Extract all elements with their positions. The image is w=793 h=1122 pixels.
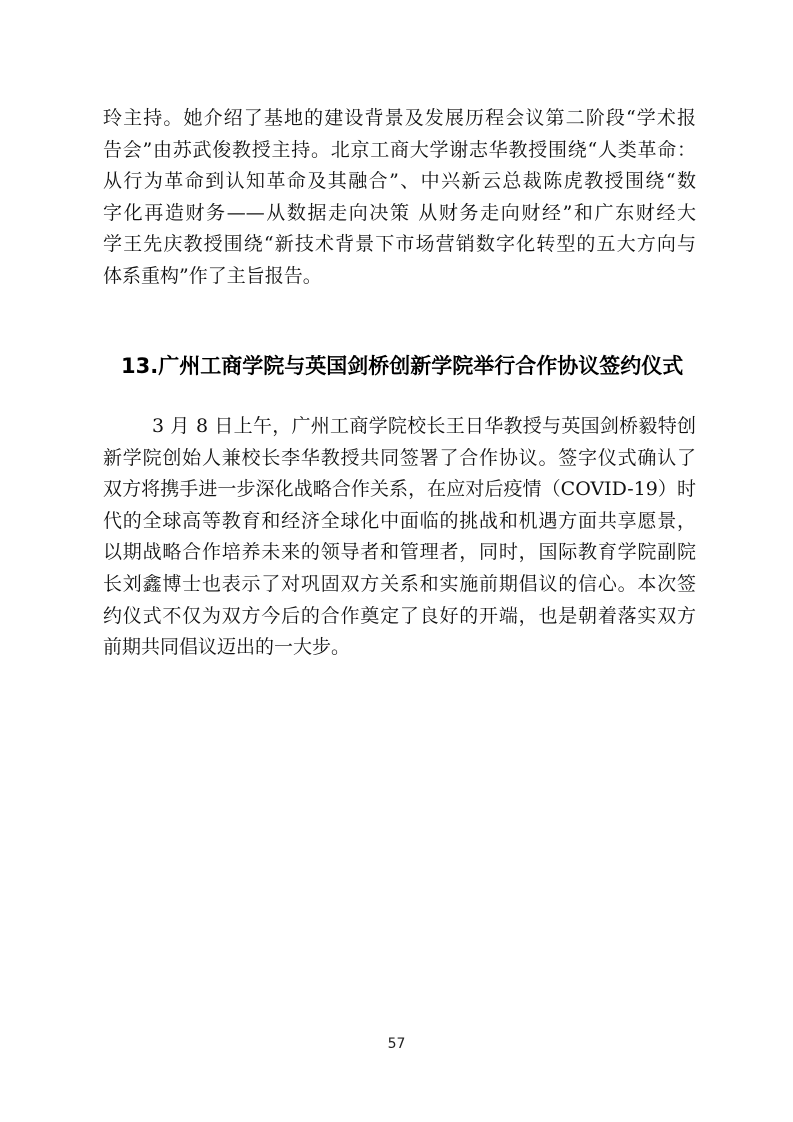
text-line: 以期战略合作培养未来的领导者和管理者，同时，国际教育学院副院 [103,537,696,569]
text-line: 体系重构”作了主旨报告。 [103,261,696,293]
text-line: 双方将携手进一步深化战略合作关系，在应对后疫情（COVID-19）时 [103,474,696,506]
paragraph-continuation: 玲主持。她介绍了基地的建设背景及发展历程会议第二阶段“学术报 告会”由苏武俊教授… [103,103,696,293]
text-line: 字化再造财务——从数据走向决策 从财务走向财经”和广东财经大 [103,198,696,230]
text-line: 前期共同倡议迈出的一大步。 [103,632,696,664]
document-page: 玲主持。她介绍了基地的建设背景及发展历程会议第二阶段“学术报 告会”由苏武俊教授… [0,0,793,1122]
text-line: 告会”由苏武俊教授主持。北京工商大学谢志华教授围绕“人类革命： [103,135,696,167]
text-line: 代的全球高等教育和经济全球化中面临的挑战和机遇方面共享愿景， [103,506,696,538]
text-line: 玲主持。她介绍了基地的建设背景及发展历程会议第二阶段“学术报 [103,103,696,135]
page-number: 57 [0,1034,793,1054]
text-line: 长刘鑫博士也表示了对巩固双方关系和实施前期倡议的信心。本次签 [103,569,696,601]
text-line: 约仪式不仅为双方今后的合作奠定了良好的开端，也是朝着落实双方 [103,601,696,633]
text-line: 新学院创始人兼校长李华教授共同签署了合作协议。签字仪式确认了 [103,443,696,475]
paragraph-signing-ceremony: 3 月 8 日上午，广州工商学院校长王日华教授与英国剑桥毅特创 新学院创始人兼校… [103,411,696,664]
text-line: 学王先庆教授围绕“新技术背景下市场营销数字化转型的五大方向与 [103,229,696,261]
text-line: 3 月 8 日上午，广州工商学院校长王日华教授与英国剑桥毅特创 [103,411,696,443]
section-heading: 13.广州工商学院与英国剑桥创新学院举行合作协议签约仪式 [121,351,683,381]
text-line: 从行为革命到认知革命及其融合”、中兴新云总裁陈虎教授围绕“数 [103,166,696,198]
